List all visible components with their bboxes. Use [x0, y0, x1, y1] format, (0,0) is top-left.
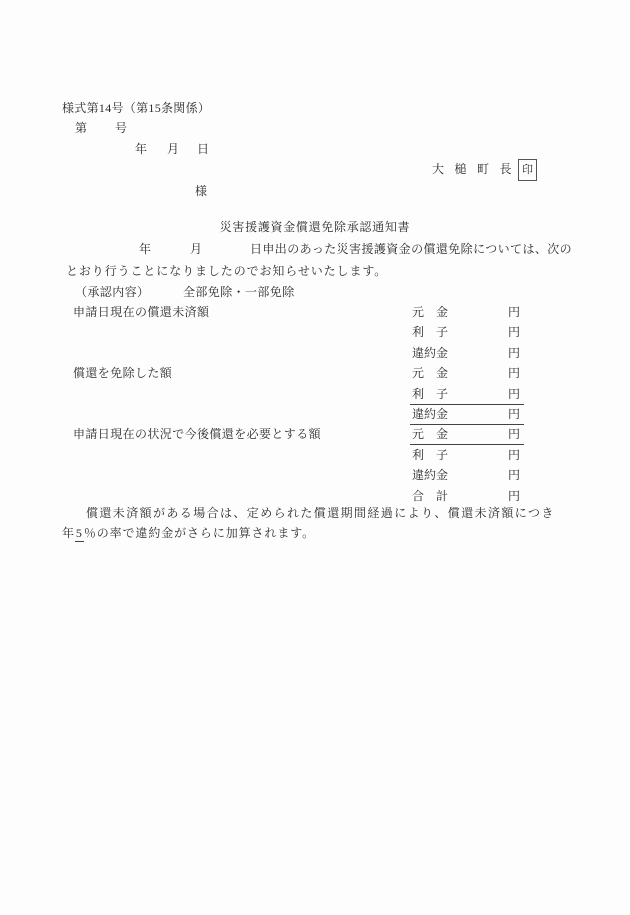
amount-row-principal-1: 元 金 円 — [410, 306, 524, 322]
amount-row-interest-2: 利 子 円 — [410, 388, 524, 405]
body-line1-text: 日申出のあった災害援護資金の償還免除については、次の — [250, 243, 572, 255]
header-date-year-label: 年 — [135, 143, 147, 155]
body-paragraph-line2: とおり行うことになりましたのでお知らせいたします。 — [66, 265, 387, 277]
amount-row-penalty-3: 違約金 円 — [410, 469, 524, 485]
amount-label: 利 子 — [412, 326, 448, 338]
yen-unit-label: 円 — [508, 326, 520, 338]
yen-unit-label: 円 — [508, 408, 520, 420]
section-label-future-repayment: 申請日現在の状況で今後償還を必要とする額 — [73, 428, 321, 440]
approval-content-label: （承認内容） — [75, 286, 149, 298]
body-date-month-label: 月 — [190, 243, 202, 255]
seal-stamp-box: 印 — [518, 159, 537, 181]
yen-unit-label: 円 — [508, 490, 520, 502]
note-rate-prefix: 年 — [62, 526, 75, 540]
approval-content-value: 全部免除・一部免除 — [183, 286, 295, 298]
amount-label: 利 子 — [412, 388, 448, 400]
amount-label: 違約金 — [412, 347, 448, 359]
amount-label: 元 金 — [412, 367, 448, 379]
addressee-suffix: 様 — [195, 185, 207, 197]
yen-unit-label: 円 — [508, 428, 520, 440]
amount-row-interest-3: 利 子 円 — [410, 449, 524, 465]
amount-row-principal-2: 元 金 円 — [410, 367, 524, 383]
note-line1: 償還未済額がある場合は、定められた償還期間経過により、償還未済額につき — [86, 507, 555, 519]
issuer-title: 大槌町長 — [432, 163, 522, 175]
yen-unit-label: 円 — [508, 469, 520, 481]
note-rate-value: 5 — [75, 526, 84, 542]
amount-label: 違約金 — [412, 469, 448, 481]
doc-number-suffix: 号 — [115, 122, 127, 134]
section-label-outstanding-amount: 申請日現在の償還未済額 — [73, 306, 209, 318]
amount-row-penalty-2: 違約金 円 — [410, 408, 524, 425]
body-date-year-label: 年 — [139, 243, 151, 255]
yen-unit-label: 円 — [508, 449, 520, 461]
amount-label: 元 金 — [412, 306, 448, 318]
amount-row-principal-3: 元 金 円 — [410, 428, 524, 445]
yen-unit-label: 円 — [508, 347, 520, 359]
amount-row-interest-1: 利 子 円 — [410, 326, 524, 342]
amount-label: 元 金 — [412, 428, 448, 440]
yen-unit-label: 円 — [508, 388, 520, 400]
header-date-day-label: 日 — [197, 143, 209, 155]
note-line2: 年5％の率で違約金がさらに加算されます。 — [62, 527, 315, 539]
document-page: 様式第14号（第15条関係） 第 号 年 月 日 大槌町長 印 様 災害援護資金… — [0, 0, 630, 915]
doc-number-prefix: 第 — [75, 122, 87, 134]
yen-unit-label: 円 — [508, 367, 520, 379]
amount-label: 違約金 — [412, 408, 448, 420]
amount-label: 利 子 — [412, 449, 448, 461]
amount-label: 合 計 — [412, 490, 448, 502]
header-date-month-label: 月 — [167, 143, 179, 155]
form-number: 様式第14号（第15条関係） — [62, 102, 210, 114]
amount-row-total: 合 計 円 — [410, 490, 524, 506]
note-rate-suffix: ％の率で違約金がさらに加算されます。 — [84, 526, 315, 540]
amount-row-penalty-1: 違約金 円 — [410, 347, 524, 363]
section-label-exempted-amount: 償還を免除した額 — [73, 367, 172, 379]
document-title: 災害援護資金償還免除承認通知書 — [0, 221, 630, 233]
yen-unit-label: 円 — [508, 306, 520, 318]
